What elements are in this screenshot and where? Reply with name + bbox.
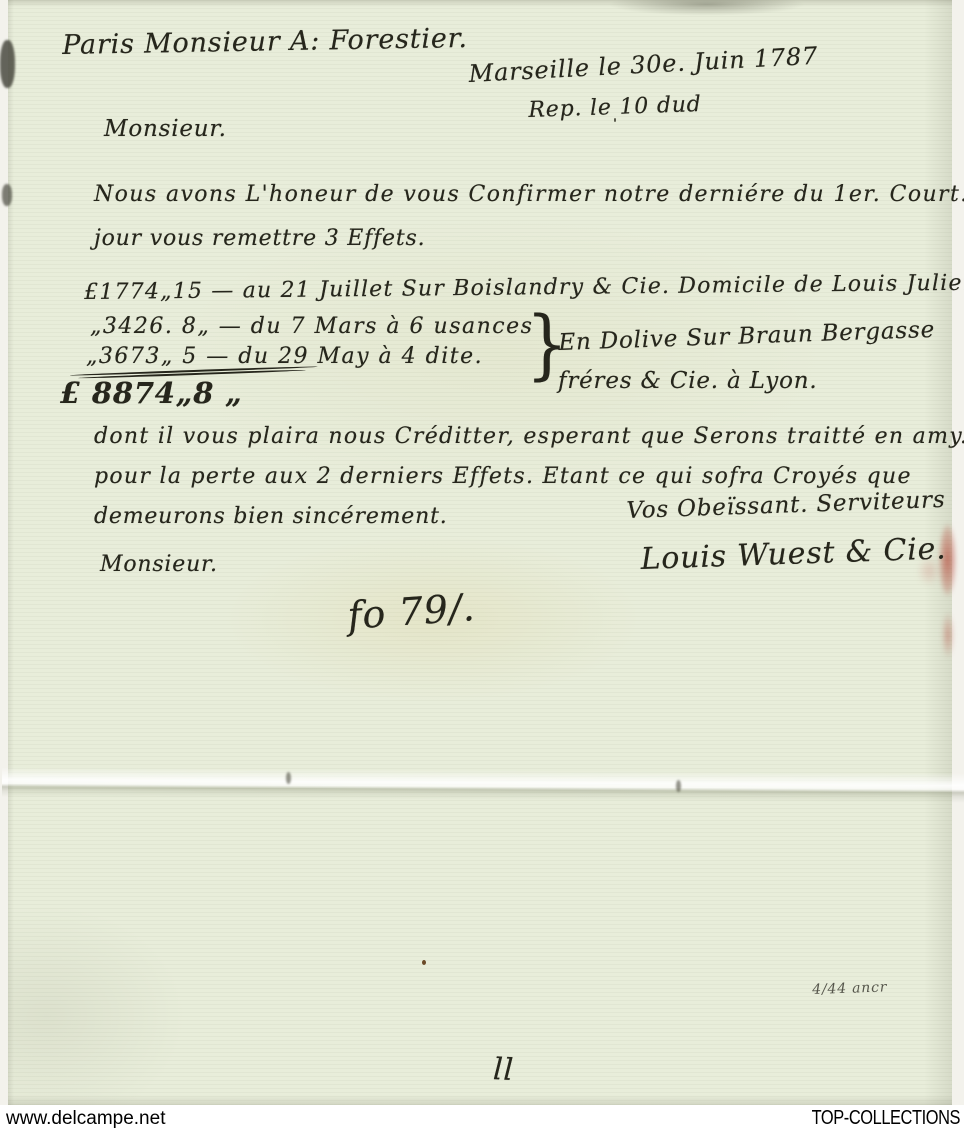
body-paragraph2-line3: demeurons bien sincérement. — [94, 504, 448, 529]
watermark-site-url: www.delcampe.net — [6, 1108, 165, 1130]
edge-ink-blot — [0, 40, 15, 88]
body-paragraph1-line1: Nous avons L'honeur de vous Confirmer no… — [94, 182, 964, 207]
reply-annotation: Rep. le 10 dud — [528, 92, 702, 123]
address-line: Paris Monsieur A: Forestier. — [62, 23, 468, 61]
scanned-letter-image: Paris Monsieur A: Forestier. Marseille l… — [0, 0, 964, 1132]
total-amount: £ 8874„8 „ — [60, 376, 243, 410]
ink-mark: ll — [492, 1052, 515, 1088]
bill-line-1: £1774„15 — au 21 Juillet Sur Boislandry … — [84, 271, 964, 305]
fold-crease — [2, 767, 964, 803]
folio-number: fo 79/. — [346, 585, 477, 638]
edge-ink-blot — [2, 184, 12, 206]
pencil-annotation: 4/44 ancr — [812, 979, 888, 998]
signature: Louis Wuest & Cie. — [640, 531, 947, 577]
wax-seal-residue — [936, 600, 956, 670]
paper-speck — [422, 960, 426, 965]
dateline: Marseille le 30e. Juin 1787 — [468, 42, 819, 88]
bill-line-2: „3426. 8„ — du 7 Mars à 6 usances — [90, 314, 533, 339]
fold-nick — [286, 772, 291, 784]
body-paragraph2-line1: dont il vous plaira nous Créditter, espe… — [94, 424, 964, 449]
closing-salutation: Monsieur. — [100, 552, 218, 577]
body-paragraph1-line2: jour vous remettre 3 Effets. — [94, 226, 425, 251]
letter-paper: Paris Monsieur A: Forestier. Marseille l… — [8, 0, 952, 1105]
fold-nick — [676, 780, 681, 792]
watermark-bar: www.delcampe.net TOP-COLLECTIONS — [0, 1105, 964, 1132]
endorsee-line1: En Dolive Sur Braun Bergasse — [558, 317, 935, 356]
endorsee-line2: fréres & Cie. à Lyon. — [558, 368, 817, 394]
watermark-collection-label: TOP-COLLECTIONS — [812, 1107, 960, 1130]
valediction: Vos Obeïssant. Serviteurs — [626, 487, 946, 524]
bill-line-3: „3673„ 5 — du 29 May à 4 dite. — [86, 344, 483, 369]
body-paragraph2-line2: pour la perte aux 2 derniers Effets. Eta… — [94, 464, 912, 489]
salutation: Monsieur. — [104, 116, 227, 142]
